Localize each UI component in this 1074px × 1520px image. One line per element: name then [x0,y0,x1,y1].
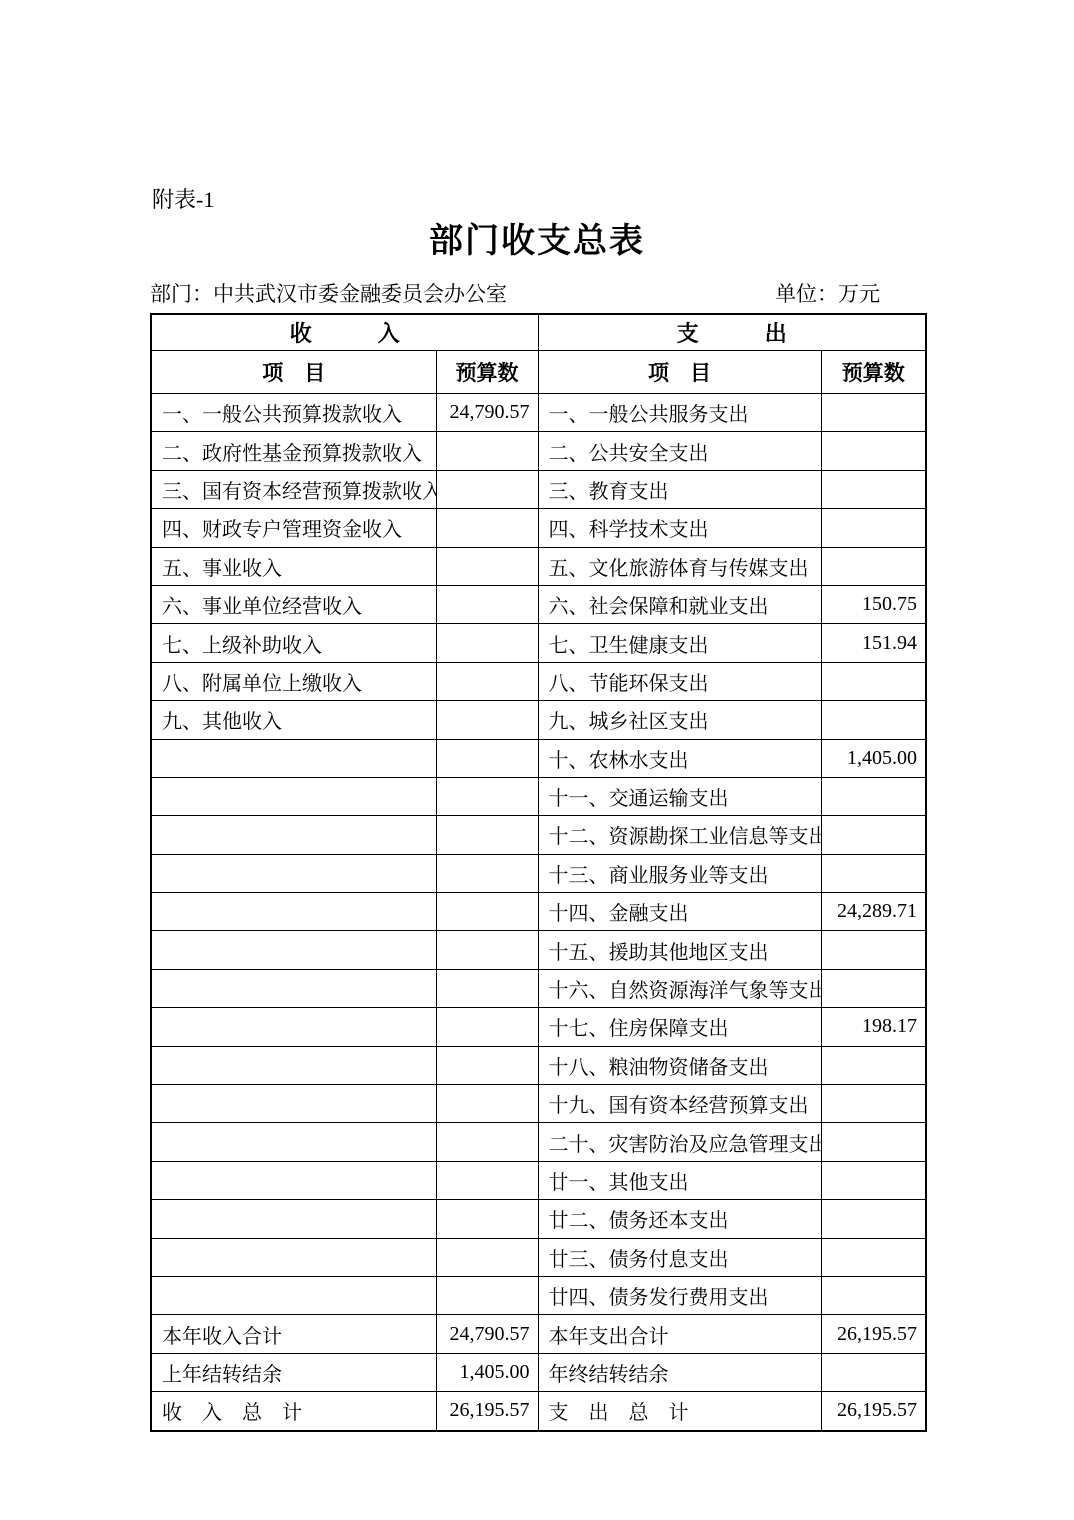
revenue-budget-cell [436,470,538,508]
revenue-budget-cell: 1,405.00 [436,1353,538,1391]
revenue-budget-cell [436,777,538,815]
revenue-budget-cell [436,509,538,547]
expense-budget-cell [821,509,926,547]
revenue-item-cell [151,1238,436,1276]
revenue-item-cell [151,1046,436,1084]
meta-row: 部门：中共武汉市委金融委员会办公室 单位：万元 [150,278,925,308]
table-row: 收 入 总 计26,195.57支 出 总 计26,195.57 [151,1392,926,1431]
revenue-budget-cell [436,739,538,777]
expense-item-cell: 二十、灾害防治及应急管理支出 [538,1123,821,1161]
revenue-budget-cell [436,624,538,662]
expense-budget-cell [821,547,926,585]
expense-item-cell: 十五、援助其他地区支出 [538,931,821,969]
revenue-budget-cell [436,701,538,739]
expense-item-cell: 十、农林水支出 [538,739,821,777]
expense-item-cell: 廿一、其他支出 [538,1161,821,1199]
table-row: 廿一、其他支出 [151,1161,926,1199]
revenue-section-header: 收 入 [151,314,538,351]
table-row: 廿三、债务付息支出 [151,1238,926,1276]
expense-budget-cell: 26,195.57 [821,1392,926,1431]
table-row: 一、一般公共预算拨款收入24,790.57一、一般公共服务支出 [151,394,926,432]
expense-item-cell: 本年支出合计 [538,1315,821,1353]
expense-budget-cell: 150.75 [821,585,926,623]
revenue-budget-cell [436,662,538,700]
revenue-item-cell [151,931,436,969]
revenue-budget-cell [436,585,538,623]
table-row: 九、其他收入九、城乡社区支出 [151,701,926,739]
expense-budget-cell: 151.94 [821,624,926,662]
table-row: 十八、粮油物资储备支出 [151,1046,926,1084]
expense-budget-cell [821,1238,926,1276]
expense-item-cell: 十二、资源勘探工业信息等支出 [538,816,821,854]
revenue-budget-cell [436,816,538,854]
expense-item-cell: 七、卫生健康支出 [538,624,821,662]
table-row: 廿四、债务发行费用支出 [151,1276,926,1314]
expense-budget-cell [821,816,926,854]
revenue-item-cell: 五、事业收入 [151,547,436,585]
revenue-item-cell: 四、财政专户管理资金收入 [151,509,436,547]
revenue-item-cell: 收 入 总 计 [151,1392,436,1431]
revenue-item-cell: 上年结转结余 [151,1353,436,1391]
expense-budget-cell [821,394,926,432]
revenue-budget-cell [436,1161,538,1199]
expense-item-cell: 支 出 总 计 [538,1392,821,1431]
table-row: 三、国有资本经营预算拨款收入三、教育支出 [151,470,926,508]
expense-item-cell: 二、公共安全支出 [538,432,821,470]
table-row: 十五、援助其他地区支出 [151,931,926,969]
revenue-budget-cell [436,1046,538,1084]
revenue-item-cell [151,1008,436,1046]
expense-budget-cell [821,1085,926,1123]
revenue-budget-cell [436,969,538,1007]
document-page: 附表-1 部门收支总表 部门：中共武汉市委金融委员会办公室 单位：万元 收 入 … [0,0,1074,1520]
budget-table: 收 入 支 出 项 目 预算数 项 目 预算数 一、一般公共预算拨款收入24,7… [150,313,927,1432]
expense-item-cell: 十八、粮油物资储备支出 [538,1046,821,1084]
table-row: 十九、国有资本经营预算支出 [151,1085,926,1123]
expense-item-cell: 廿二、债务还本支出 [538,1200,821,1238]
revenue-budget-cell [436,1238,538,1276]
expense-item-cell: 十七、住房保障支出 [538,1008,821,1046]
revenue-item-cell [151,739,436,777]
unit-label: 单位：万元 [775,278,925,308]
expense-section-header: 支 出 [538,314,926,351]
expense-budget-cell [821,432,926,470]
revenue-item-cell [151,1161,436,1199]
revenue-item-cell [151,816,436,854]
table-row: 二十、灾害防治及应急管理支出 [151,1123,926,1161]
revenue-budget-cell [436,1085,538,1123]
revenue-item-cell: 六、事业单位经营收入 [151,585,436,623]
expense-item-cell: 年终结转结余 [538,1353,821,1391]
revenue-budget-cell: 24,790.57 [436,394,538,432]
table-row: 七、上级补助收入七、卫生健康支出151.94 [151,624,926,662]
expense-item-cell: 十四、金融支出 [538,893,821,931]
table-row: 五、事业收入五、文化旅游体育与传媒支出 [151,547,926,585]
expense-budget-cell [821,662,926,700]
revenue-budget-cell [436,893,538,931]
revenue-item-cell [151,893,436,931]
revenue-budget-cell [436,1200,538,1238]
expense-budget-cell [821,701,926,739]
revenue-item-cell: 七、上级补助收入 [151,624,436,662]
revenue-item-cell: 一、一般公共预算拨款收入 [151,394,436,432]
revenue-item-cell [151,854,436,892]
expense-item-cell: 三、教育支出 [538,470,821,508]
expense-item-cell: 五、文化旅游体育与传媒支出 [538,547,821,585]
expense-item-cell: 一、一般公共服务支出 [538,394,821,432]
department-label: 部门：中共武汉市委金融委员会办公室 [150,278,507,308]
revenue-item-cell [151,1085,436,1123]
expense-budget-cell [821,1200,926,1238]
revenue-item-cell: 九、其他收入 [151,701,436,739]
table-row: 本年收入合计24,790.57本年支出合计26,195.57 [151,1315,926,1353]
expense-budget-header: 预算数 [821,351,926,394]
expense-budget-cell [821,1046,926,1084]
expense-item-cell: 十九、国有资本经营预算支出 [538,1085,821,1123]
revenue-budget-cell [436,1008,538,1046]
table-row: 四、财政专户管理资金收入四、科学技术支出 [151,509,926,547]
expense-budget-cell [821,1161,926,1199]
table-row: 上年结转结余1,405.00年终结转结余 [151,1353,926,1391]
table-row: 十二、资源勘探工业信息等支出 [151,816,926,854]
section-header-row: 收 入 支 出 [151,314,926,351]
expense-budget-cell [821,1123,926,1161]
expense-item-cell: 八、节能环保支出 [538,662,821,700]
revenue-item-cell [151,1200,436,1238]
expense-budget-cell [821,931,926,969]
table-row: 八、附属单位上缴收入八、节能环保支出 [151,662,926,700]
expense-item-cell: 十三、商业服务业等支出 [538,854,821,892]
expense-item-cell: 九、城乡社区支出 [538,701,821,739]
expense-budget-cell: 24,289.71 [821,893,926,931]
table-body: 一、一般公共预算拨款收入24,790.57一、一般公共服务支出二、政府性基金预算… [151,394,926,1431]
revenue-item-header: 项 目 [151,351,436,394]
expense-budget-cell [821,777,926,815]
expense-budget-cell [821,470,926,508]
expense-item-cell: 六、社会保障和就业支出 [538,585,821,623]
revenue-item-cell [151,969,436,1007]
revenue-item-cell: 三、国有资本经营预算拨款收入 [151,470,436,508]
revenue-budget-cell [436,1123,538,1161]
revenue-budget-cell: 26,195.57 [436,1392,538,1431]
table-row: 六、事业单位经营收入六、社会保障和就业支出150.75 [151,585,926,623]
page-title: 部门收支总表 [0,213,1074,262]
appendix-label: 附表-1 [152,183,214,214]
table-row: 廿二、债务还本支出 [151,1200,926,1238]
expense-item-cell: 廿四、债务发行费用支出 [538,1276,821,1314]
expense-item-cell: 廿三、债务付息支出 [538,1238,821,1276]
table-header: 收 入 支 出 项 目 预算数 项 目 预算数 [151,314,926,394]
revenue-item-cell [151,1123,436,1161]
table-row: 十三、商业服务业等支出 [151,854,926,892]
table-row: 十、农林水支出1,405.00 [151,739,926,777]
expense-budget-cell: 26,195.57 [821,1315,926,1353]
expense-item-header: 项 目 [538,351,821,394]
table-row: 十七、住房保障支出198.17 [151,1008,926,1046]
table-row: 十四、金融支出24,289.71 [151,893,926,931]
table-row: 十六、自然资源海洋气象等支出 [151,969,926,1007]
revenue-budget-cell [436,432,538,470]
expense-budget-cell [821,1276,926,1314]
expense-item-cell: 十一、交通运输支出 [538,777,821,815]
revenue-budget-cell [436,854,538,892]
revenue-budget-header: 预算数 [436,351,538,394]
column-header-row: 项 目 预算数 项 目 预算数 [151,351,926,394]
expense-budget-cell: 198.17 [821,1008,926,1046]
expense-item-cell: 十六、自然资源海洋气象等支出 [538,969,821,1007]
expense-budget-cell: 1,405.00 [821,739,926,777]
expense-budget-cell [821,1353,926,1391]
revenue-item-cell [151,1276,436,1314]
table-row: 十一、交通运输支出 [151,777,926,815]
revenue-item-cell: 八、附属单位上缴收入 [151,662,436,700]
revenue-budget-cell [436,547,538,585]
revenue-item-cell: 本年收入合计 [151,1315,436,1353]
revenue-budget-cell [436,1276,538,1314]
revenue-budget-cell [436,931,538,969]
expense-budget-cell [821,969,926,1007]
revenue-budget-cell: 24,790.57 [436,1315,538,1353]
table-row: 二、政府性基金预算拨款收入二、公共安全支出 [151,432,926,470]
expense-budget-cell [821,854,926,892]
revenue-item-cell: 二、政府性基金预算拨款收入 [151,432,436,470]
expense-item-cell: 四、科学技术支出 [538,509,821,547]
revenue-item-cell [151,777,436,815]
